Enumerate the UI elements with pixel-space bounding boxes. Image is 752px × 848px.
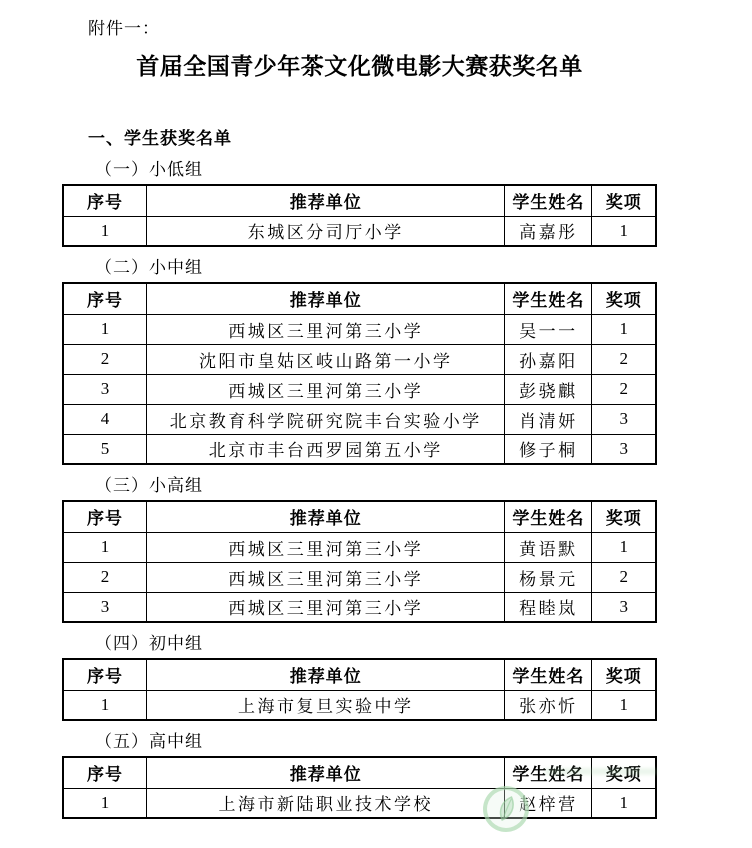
group-label: （四）初中组 (95, 633, 657, 654)
column-header: 奖项 (592, 283, 656, 314)
award-group: （三）小高组 序号推荐单位学生姓名奖项 1西城区三里河第三小学黄语默12西城区三… (62, 475, 657, 623)
table-row: 1上海市新陆职业技术学校赵梓营1 (63, 788, 656, 818)
student-name-cell: 吴一一 (505, 314, 592, 344)
awards-table: 序号推荐单位学生姓名奖项 1东城区分司厅小学高嘉彤1 (62, 184, 657, 247)
serial-cell: 3 (63, 374, 147, 404)
award-cell: 1 (592, 788, 656, 818)
unit-cell: 北京教育科学院研究院丰台实验小学 (147, 404, 505, 434)
awards-table: 序号推荐单位学生姓名奖项 1西城区三里河第三小学吴一一12沈阳市皇姑区岐山路第一… (62, 282, 657, 465)
table-row: 1西城区三里河第三小学黄语默1 (63, 532, 656, 562)
column-header: 学生姓名 (505, 757, 592, 788)
group-label: （五）高中组 (95, 731, 657, 752)
column-header: 奖项 (592, 659, 656, 690)
column-header: 学生姓名 (505, 659, 592, 690)
table-row: 1上海市复旦实验中学张亦忻1 (63, 690, 656, 720)
column-header: 学生姓名 (505, 185, 592, 216)
award-group: （一）小低组 序号推荐单位学生姓名奖项 1东城区分司厅小学高嘉彤1 (62, 159, 657, 247)
unit-cell: 西城区三里河第三小学 (147, 374, 505, 404)
serial-cell: 1 (63, 314, 147, 344)
document-body: 附件一： 首届全国青少年茶文化微电影大赛获奖名单 一、学生获奖名单 （一）小低组… (0, 0, 752, 819)
award-group: （五）高中组 序号推荐单位学生姓名奖项 1上海市新陆职业技术学校赵梓营1 (62, 731, 657, 819)
award-groups-container: （一）小低组 序号推荐单位学生姓名奖项 1东城区分司厅小学高嘉彤1 （二）小中组… (62, 159, 657, 819)
award-cell: 2 (592, 562, 656, 592)
awards-table: 序号推荐单位学生姓名奖项 1上海市新陆职业技术学校赵梓营1 (62, 756, 657, 819)
attachment-label: 附件一： (88, 18, 657, 40)
table-row: 3西城区三里河第三小学彭骁麒2 (63, 374, 656, 404)
column-header: 学生姓名 (505, 283, 592, 314)
student-name-cell: 赵梓营 (505, 788, 592, 818)
table-row: 2西城区三里河第三小学杨景元2 (63, 562, 656, 592)
table-row: 4北京教育科学院研究院丰台实验小学肖清妍3 (63, 404, 656, 434)
table-row: 2沈阳市皇姑区岐山路第一小学孙嘉阳2 (63, 344, 656, 374)
award-group: （四）初中组 序号推荐单位学生姓名奖项 1上海市复旦实验中学张亦忻1 (62, 633, 657, 721)
column-header: 推荐单位 (147, 757, 505, 788)
table-row: 1东城区分司厅小学高嘉彤1 (63, 216, 656, 246)
column-header: 奖项 (592, 501, 656, 532)
serial-cell: 1 (63, 216, 147, 246)
unit-cell: 西城区三里河第三小学 (147, 562, 505, 592)
section-heading-students: 一、学生获奖名单 (88, 128, 657, 150)
column-header: 推荐单位 (147, 185, 505, 216)
serial-cell: 1 (63, 788, 147, 818)
award-cell: 1 (592, 532, 656, 562)
student-name-cell: 孙嘉阳 (505, 344, 592, 374)
table-header-row: 序号推荐单位学生姓名奖项 (63, 501, 656, 532)
student-name-cell: 杨景元 (505, 562, 592, 592)
awards-table: 序号推荐单位学生姓名奖项 1上海市复旦实验中学张亦忻1 (62, 658, 657, 721)
column-header: 序号 (63, 185, 147, 216)
student-name-cell: 程睦岚 (505, 592, 592, 622)
group-label: （二）小中组 (95, 257, 657, 278)
award-cell: 1 (592, 216, 656, 246)
table-header-row: 序号推荐单位学生姓名奖项 (63, 283, 656, 314)
student-name-cell: 张亦忻 (505, 690, 592, 720)
column-header: 奖项 (592, 185, 656, 216)
serial-cell: 4 (63, 404, 147, 434)
table-row: 3西城区三里河第三小学程睦岚3 (63, 592, 656, 622)
award-cell: 3 (592, 434, 656, 464)
unit-cell: 东城区分司厅小学 (147, 216, 505, 246)
student-name-cell: 肖清妍 (505, 404, 592, 434)
column-header: 序号 (63, 757, 147, 788)
table-header-row: 序号推荐单位学生姓名奖项 (63, 185, 656, 216)
serial-cell: 2 (63, 344, 147, 374)
award-cell: 2 (592, 344, 656, 374)
serial-cell: 1 (63, 690, 147, 720)
award-cell: 2 (592, 374, 656, 404)
unit-cell: 西城区三里河第三小学 (147, 592, 505, 622)
unit-cell: 西城区三里河第三小学 (147, 314, 505, 344)
column-header: 序号 (63, 501, 147, 532)
award-cell: 1 (592, 314, 656, 344)
table-header-row: 序号推荐单位学生姓名奖项 (63, 757, 656, 788)
column-header: 序号 (63, 283, 147, 314)
group-label: （一）小低组 (95, 159, 657, 180)
serial-cell: 3 (63, 592, 147, 622)
awards-table: 序号推荐单位学生姓名奖项 1西城区三里河第三小学黄语默12西城区三里河第三小学杨… (62, 500, 657, 623)
student-name-cell: 高嘉彤 (505, 216, 592, 246)
column-header: 推荐单位 (147, 283, 505, 314)
award-cell: 3 (592, 592, 656, 622)
group-label: （三）小高组 (95, 475, 657, 496)
serial-cell: 2 (63, 562, 147, 592)
award-cell: 3 (592, 404, 656, 434)
column-header: 学生姓名 (505, 501, 592, 532)
document-page: { "page": { "attachment_label": "附件一：", … (0, 0, 752, 848)
student-name-cell: 修子桐 (505, 434, 592, 464)
column-header: 推荐单位 (147, 501, 505, 532)
student-name-cell: 彭骁麒 (505, 374, 592, 404)
unit-cell: 上海市复旦实验中学 (147, 690, 505, 720)
award-group: （二）小中组 序号推荐单位学生姓名奖项 1西城区三里河第三小学吴一一12沈阳市皇… (62, 257, 657, 465)
unit-cell: 西城区三里河第三小学 (147, 532, 505, 562)
document-title: 首届全国青少年茶文化微电影大赛获奖名单 (62, 52, 657, 82)
table-row: 1西城区三里河第三小学吴一一1 (63, 314, 656, 344)
unit-cell: 上海市新陆职业技术学校 (147, 788, 505, 818)
student-name-cell: 黄语默 (505, 532, 592, 562)
unit-cell: 北京市丰台西罗园第五小学 (147, 434, 505, 464)
serial-cell: 1 (63, 532, 147, 562)
column-header: 序号 (63, 659, 147, 690)
table-header-row: 序号推荐单位学生姓名奖项 (63, 659, 656, 690)
column-header: 奖项 (592, 757, 656, 788)
table-row: 5北京市丰台西罗园第五小学修子桐3 (63, 434, 656, 464)
column-header: 推荐单位 (147, 659, 505, 690)
unit-cell: 沈阳市皇姑区岐山路第一小学 (147, 344, 505, 374)
award-cell: 1 (592, 690, 656, 720)
serial-cell: 5 (63, 434, 147, 464)
